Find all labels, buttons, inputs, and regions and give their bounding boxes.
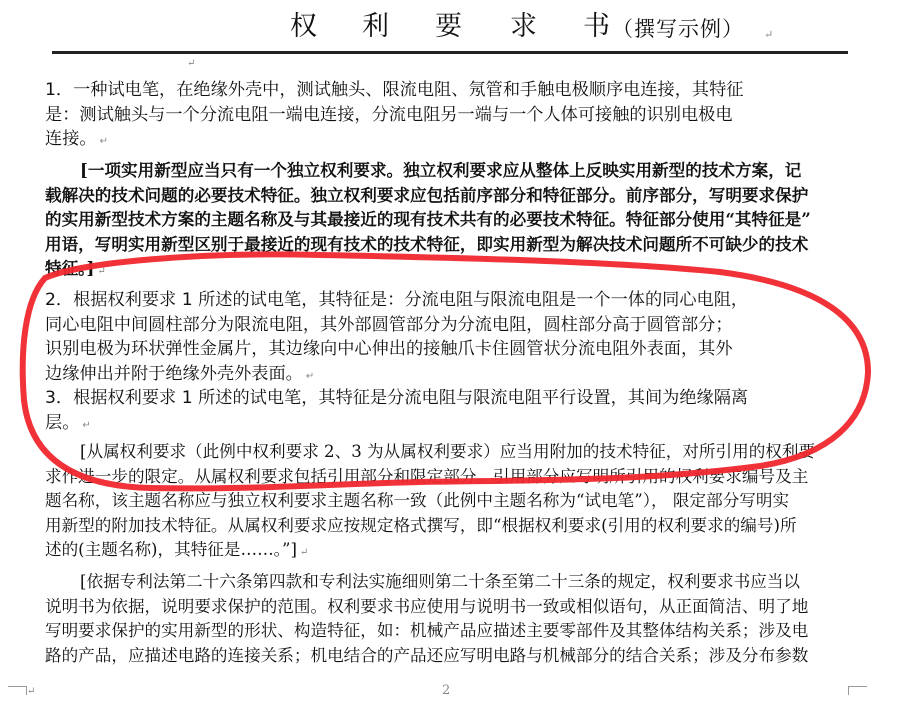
note-line: [一项实用新型应当只有一个独立权利要求。独立权利要求应从整体上反映实用新型的技术… xyxy=(45,158,853,183)
note-line: 说明书为依据，说明要求保护的范围。权利要求书应使用与说明书一致或相似语句，从正面… xyxy=(45,595,853,620)
header-rule xyxy=(52,51,848,54)
title-char: 书 xyxy=(583,10,610,44)
claim-2-line: 2．根据权利要求 1 所述的试电笔，其特征是：分流电阻与限流电阻是一个一体的同心… xyxy=(45,288,853,313)
note-line: 题名称，该主题名称应与独立权利要求主题名称一致（此例中主题名称为“试电笔”）， … xyxy=(45,489,853,514)
document-title: 权 利 要 求 书 （撰写示例） ↵ xyxy=(0,10,899,46)
note-dependent-claim: [从属权利要求（此例中权利要求 2、3 为从属权利要求）应当用附加的技术特征，对… xyxy=(45,440,853,563)
claim-1: 1．一种试电笔，在绝缘外壳中，测试触头、限流电阻、氖管和手触电极顺序电连接，其特… xyxy=(45,78,853,152)
paragraph-mark: ↵ xyxy=(306,371,314,382)
note-independent-claim: [一项实用新型应当只有一个独立权利要求。独立权利要求应从整体上反映实用新型的技术… xyxy=(45,158,853,281)
claim-2-line: 识别电极为环状弹性金属片，其边缘向中心伸出的接触爪卡住圆管状分流电阻外表面，其外 xyxy=(45,337,853,362)
crop-mark-right xyxy=(848,686,867,695)
claim-3: 3．根据权利要求 1 所述的试电笔，其特征是分流电阻与限流电阻平行设置，其间为绝… xyxy=(45,386,853,435)
note-line: 求作进一步的限定。从属权利要求包括引用部分和限定部分。引用部分应写明所引用的权利… xyxy=(45,465,853,490)
title-char: 利 xyxy=(362,10,389,44)
note-line: 的实用新型技术方案的主题名称及与其最接近的现有技术共有的必要技术特征。特征部分使… xyxy=(45,207,853,232)
claim-2-line: 同心电阻中间圆柱部分为限流电阻，其外部圆管部分为分流电阻，圆柱部分高于圆管部分； xyxy=(45,313,853,338)
claim-1-line: 1．一种试电笔，在绝缘外壳中，测试触头、限流电阻、氖管和手触电极顺序电连接，其特… xyxy=(45,78,853,103)
note-line: 述的(主题名称)，其特征是……。”]↵ xyxy=(45,538,853,563)
page-footer: ↵ 2 xyxy=(0,686,899,702)
paragraph-mark: ↵ xyxy=(97,266,105,277)
claim-1-line: 连接。↵ xyxy=(45,127,853,152)
note-line: [依据专利法第二十六条第四款和专利法实施细则第二十条至第二十三条的规定，权利要求… xyxy=(45,570,853,595)
paragraph-mark: ↵ xyxy=(187,58,195,69)
page-number: 2 xyxy=(442,683,450,698)
paragraph-mark: ↵ xyxy=(300,547,308,558)
title-char: 要 xyxy=(435,10,462,44)
note-line: 用语，写明实用新型区别于最接近的现有技术的技术特征，即实用新型为解决技术问题所不… xyxy=(45,232,853,257)
note-line: 写明要求保护的实用新型的形状、构造特征，如：机械产品应描述主要零部件及其整体结构… xyxy=(45,619,853,644)
title-char: 权 xyxy=(290,10,317,44)
note-line: 路的产品，应描述电路的连接关系；机电结合的产品还应写明电路与机械部分的结合关系；… xyxy=(45,644,853,669)
note-line: 特征。]↵ xyxy=(45,256,853,281)
claim-3-line: 层。↵ xyxy=(45,411,853,436)
claim-3-line: 3．根据权利要求 1 所述的试电笔，其特征是分流电阻与限流电阻平行设置，其间为绝… xyxy=(45,386,853,411)
claim-2: 2．根据权利要求 1 所述的试电笔，其特征是：分流电阻与限流电阻是一个一体的同心… xyxy=(45,288,853,386)
note-line: [从属权利要求（此例中权利要求 2、3 为从属权利要求）应当用附加的技术特征，对… xyxy=(45,440,853,465)
crop-mark-left xyxy=(8,686,27,695)
paragraph-mark: ↵ xyxy=(82,420,90,431)
paragraph-mark: ↵ xyxy=(27,686,35,697)
title-subtitle: （撰写示例） xyxy=(612,14,744,44)
paragraph-mark: ↵ xyxy=(764,28,773,41)
note-line: 用新型的附加技术特征。从属权利要求应按规定格式撰写，即“根据权利要求(引用的权利… xyxy=(45,514,853,539)
claim-2-line: 边缘伸出并附于绝缘外壳外表面。↵ xyxy=(45,362,853,387)
title-char: 求 xyxy=(510,10,537,44)
document-page: 权 利 要 求 书 （撰写示例） ↵ ↵ 1．一种试电笔，在绝缘外壳中，测试触头… xyxy=(0,0,899,702)
note-legal-basis: [依据专利法第二十六条第四款和专利法实施细则第二十条至第二十三条的规定，权利要求… xyxy=(45,570,853,668)
paragraph-mark: ↵ xyxy=(100,136,108,147)
claim-1-line: 是：测试触头与一个分流电阻一端电连接，分流电阻另一端与一个人体可接触的识别电极电 xyxy=(45,103,853,128)
note-line: 载解决的技术问题的必要技术特征。独立权利要求应包括前序部分和特征部分。前序部分，… xyxy=(45,183,853,208)
